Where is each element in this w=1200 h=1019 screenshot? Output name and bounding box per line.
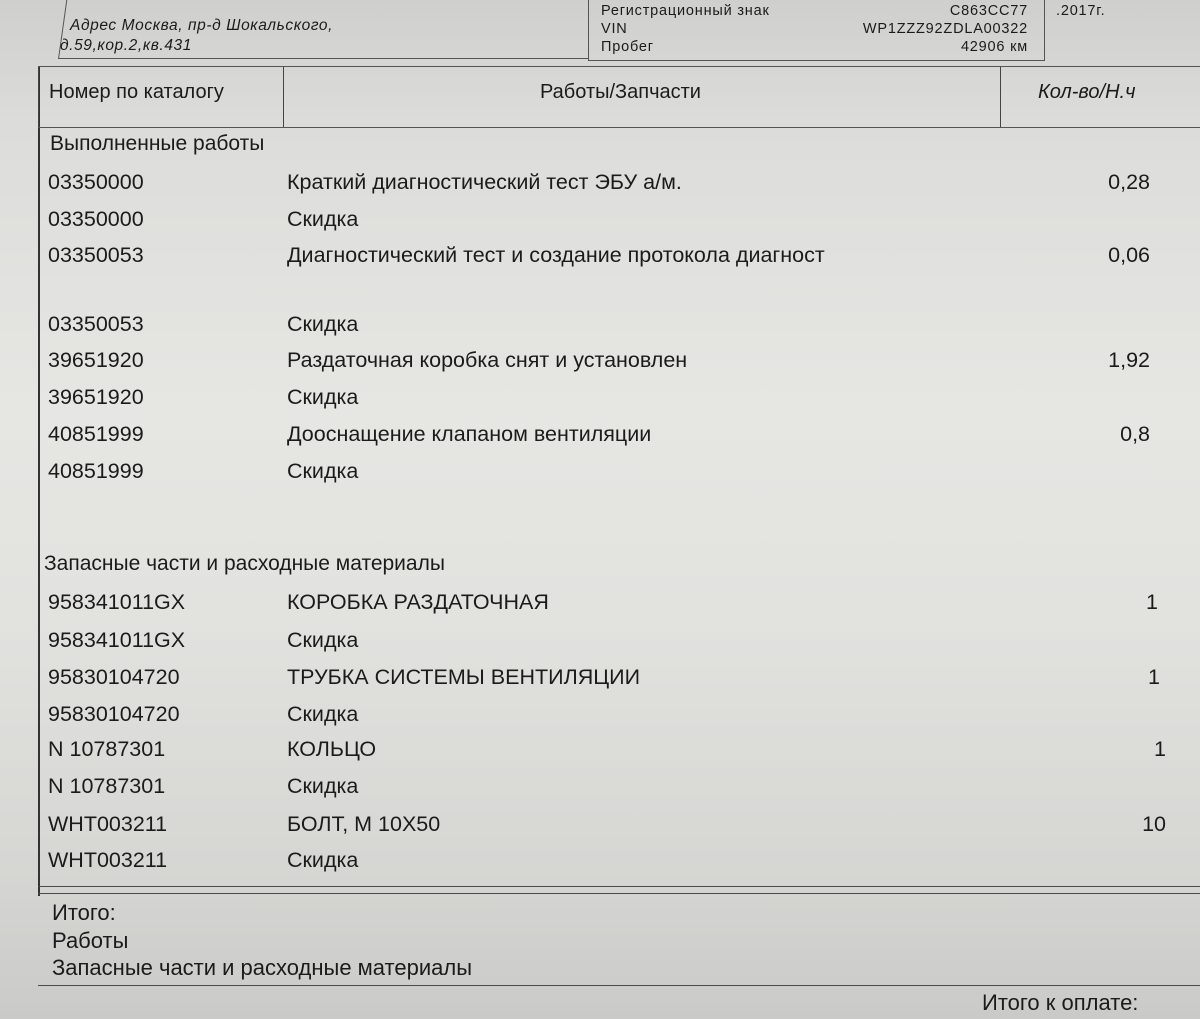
divider xyxy=(38,886,1200,887)
works-section-title: Выполненные работы xyxy=(50,132,264,156)
catalog-number: 39651920 xyxy=(48,385,144,410)
column-header-works-parts: Работы/Запчасти xyxy=(282,66,1001,128)
vin-value: WP1ZZZ92ZDLA00322 xyxy=(863,21,1028,37)
table-row: 03350000Краткий диагностический тест ЭБУ… xyxy=(0,170,1200,204)
table-row: 03350053Скидка xyxy=(0,312,1200,346)
table-row: 40851999Скидка xyxy=(0,459,1200,493)
reg-number-label: Регистрационный знак xyxy=(601,3,770,19)
vehicle-info-box: Регистрационный знак С863СС77 VIN WP1ZZZ… xyxy=(588,0,1045,61)
item-quantity: 1 xyxy=(1154,737,1166,762)
table-row: 03350000Скидка xyxy=(0,207,1200,241)
item-quantity: 0,8 xyxy=(1120,422,1150,447)
table-row: WHT003211БОЛТ, М 10Х5010 xyxy=(0,812,1200,846)
totals-works-label: Работы xyxy=(52,928,128,954)
column-header-label: Работы/Запчасти xyxy=(540,81,701,104)
column-header-quantity: Кол-во/Н.ч xyxy=(1000,66,1200,128)
catalog-number: 03350053 xyxy=(48,312,144,337)
item-description: Диагностический тест и создание протокол… xyxy=(287,243,825,268)
address-line-1: Адрес Москва, пр-д Шокальского, xyxy=(60,16,333,36)
item-quantity: 1 xyxy=(1148,665,1160,690)
column-header-catalog-number: Номер по каталогу xyxy=(38,66,284,128)
catalog-number: 40851999 xyxy=(48,422,144,447)
catalog-number: 03350000 xyxy=(48,170,144,195)
catalog-number: 39651920 xyxy=(48,348,144,373)
table-row: 95830104720ТРУБКА СИСТЕМЫ ВЕНТИЛЯЦИИ1 xyxy=(0,665,1200,699)
column-header-label: Кол-во/Н.ч xyxy=(1038,81,1135,104)
item-description: Скидка xyxy=(287,702,358,727)
table-row: 40851999Дооснащение клапаном вентиляции0… xyxy=(0,422,1200,456)
table-row: N 10787301Скидка xyxy=(0,774,1200,808)
parts-section-title: Запасные части и расходные материалы xyxy=(44,552,445,576)
table-row: 958341011GXКОРОБКА РАЗДАТОЧНАЯ1 xyxy=(0,590,1200,624)
reg-number-value: С863СС77 xyxy=(950,3,1028,19)
catalog-number: N 10787301 xyxy=(48,774,165,799)
item-description: ТРУБКА СИСТЕМЫ ВЕНТИЛЯЦИИ xyxy=(287,665,640,690)
item-quantity: 0,06 xyxy=(1108,243,1150,268)
item-description: КОРОБКА РАЗДАТОЧНАЯ xyxy=(287,590,549,615)
item-description: Скидка xyxy=(287,848,358,873)
table-row: N 10787301КОЛЬЦО1 xyxy=(0,737,1200,771)
item-description: Краткий диагностический тест ЭБУ а/м. xyxy=(287,170,682,195)
item-quantity: 1,92 xyxy=(1108,348,1150,373)
catalog-number: N 10787301 xyxy=(48,737,165,762)
catalog-number: 95830104720 xyxy=(48,702,180,727)
divider xyxy=(38,893,1200,894)
column-header-label: Номер по каталогу xyxy=(49,81,224,104)
total-to-pay-label: Итого к оплате: xyxy=(982,990,1138,1016)
item-description: Скидка xyxy=(287,459,358,484)
invoice-page: Адрес Москва, пр-д Шокальского, д.59,кор… xyxy=(0,0,1200,1019)
divider xyxy=(38,985,1200,986)
document-date: .2017г. xyxy=(1056,3,1105,19)
catalog-number: 95830104720 xyxy=(48,665,180,690)
address-line-2: д.59,кор.2,кв.431 xyxy=(60,36,333,56)
mileage-label: Пробег xyxy=(601,39,654,55)
table-row: WHT003211Скидка xyxy=(0,848,1200,882)
item-description: Дооснащение клапаном вентиляции xyxy=(287,422,651,447)
table-row: 95830104720Скидка xyxy=(0,702,1200,736)
catalog-number: WHT003211 xyxy=(48,812,167,837)
address-block: Адрес Москва, пр-д Шокальского, д.59,кор… xyxy=(60,16,333,56)
catalog-number: 03350053 xyxy=(48,243,144,268)
mileage-value: 42906 км xyxy=(961,39,1028,55)
catalog-number: 958341011GX xyxy=(48,590,185,615)
table-row: 03350053Диагностический тест и создание … xyxy=(0,243,1200,277)
item-description: Скидка xyxy=(287,628,358,653)
catalog-number: 40851999 xyxy=(48,459,144,484)
item-description: Скидка xyxy=(287,207,358,232)
table-row: 39651920Скидка xyxy=(0,385,1200,419)
item-quantity: 10 xyxy=(1142,812,1166,837)
item-description: Скидка xyxy=(287,385,358,410)
item-description: Раздаточная коробка снят и установлен xyxy=(287,348,687,373)
catalog-number: 03350000 xyxy=(48,207,144,232)
catalog-number: 958341011GX xyxy=(48,628,185,653)
item-description: Скидка xyxy=(287,312,358,337)
item-quantity: 0,28 xyxy=(1108,170,1150,195)
item-description: Скидка xyxy=(287,774,358,799)
item-description: КОЛЬЦО xyxy=(287,737,376,762)
item-quantity: 1 xyxy=(1146,590,1158,615)
table-row: 958341011GXСкидка xyxy=(0,628,1200,662)
item-description: БОЛТ, М 10Х50 xyxy=(287,812,440,837)
totals-title: Итого: xyxy=(52,900,116,926)
vin-label: VIN xyxy=(601,21,628,37)
catalog-number: WHT003211 xyxy=(48,848,167,873)
totals-parts-label: Запасные части и расходные материалы xyxy=(52,955,472,981)
table-row: 39651920Раздаточная коробка снят и устан… xyxy=(0,348,1200,382)
